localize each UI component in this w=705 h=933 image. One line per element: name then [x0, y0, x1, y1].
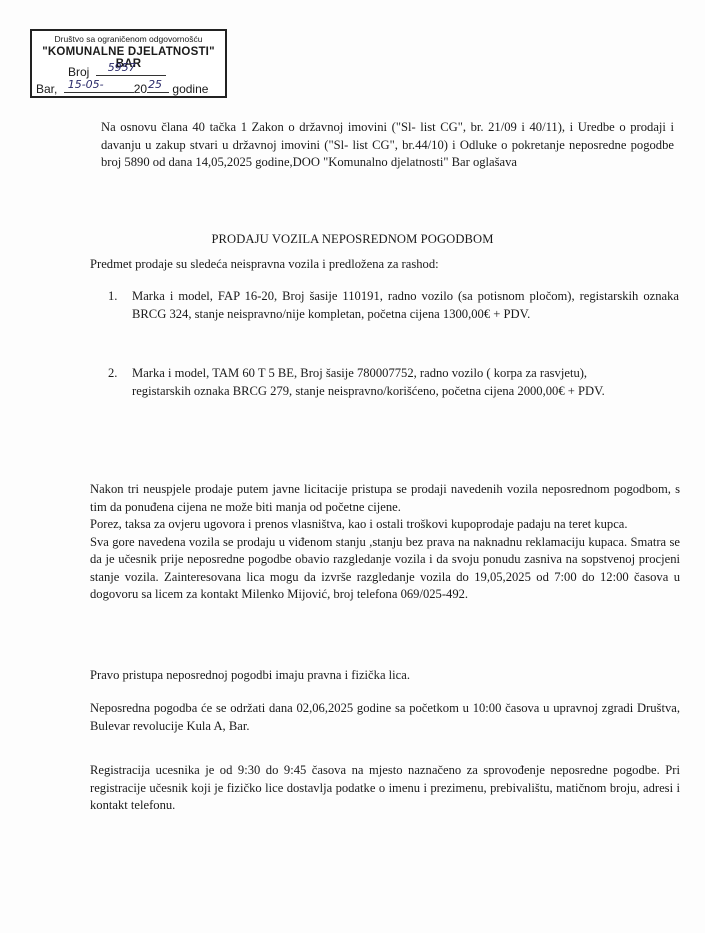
stamp-broj-label: Broj	[68, 65, 89, 79]
stamp-year-field: 25	[147, 80, 169, 93]
stamp-org-type: Društvo sa ograničenom odgovornošću	[32, 34, 225, 44]
registration-paragraph: Registracija ucesnika je od 9:30 do 9:45…	[90, 762, 680, 815]
condition-paragraph: Nakon tri neuspjele prodaje putem javne …	[90, 481, 680, 516]
list-item-number: 2.	[108, 365, 117, 383]
subject-line: Predmet prodaje su sledeća neispravna vo…	[90, 256, 680, 274]
stamp-broj-value: 5957	[108, 61, 136, 74]
event-paragraph: Neposredna pogodba će se održati dana 02…	[90, 700, 680, 735]
registry-stamp: Društvo sa ograničenom odgovornošću "KOM…	[30, 29, 227, 98]
list-item-text: Marka i model, TAM 60 T 5 BE, Broj šasij…	[132, 365, 612, 400]
list-item-number: 1.	[108, 288, 117, 306]
stamp-date-field: 15-05-	[64, 80, 134, 93]
condition-paragraph: Sva gore navedena vozila se prodaju u vi…	[90, 534, 680, 604]
stamp-place-label: Bar,	[36, 82, 57, 96]
stamp-date-line: Bar, 15-05- 20 25 godine	[36, 80, 208, 96]
stamp-year-prefix: 20	[134, 82, 147, 96]
document-heading: PRODAJU VOZILA NEPOSREDNOM POGODBOM	[0, 232, 705, 247]
document-page: Društvo sa ograničenom odgovornošću "KOM…	[0, 0, 705, 933]
stamp-number-line: Broj 5957	[68, 63, 166, 79]
stamp-date-value: 15-05-	[68, 78, 104, 91]
intro-paragraph: Na osnovu člana 40 tačka 1 Zakon o držav…	[101, 119, 674, 172]
condition-paragraph: Porez, taksa za ovjeru ugovora i prenos …	[90, 516, 680, 534]
eligibility-paragraph: Pravo pristupa neposrednoj pogodbi imaju…	[90, 667, 680, 685]
stamp-broj-field: 5957	[96, 63, 166, 76]
stamp-godine-label: godine	[172, 82, 208, 96]
conditions-block: Nakon tri neuspjele prodaje putem javne …	[90, 481, 680, 604]
stamp-year-value: 25	[148, 78, 162, 91]
list-item-text: Marka i model, FAP 16-20, Broj šasije 11…	[132, 288, 679, 323]
